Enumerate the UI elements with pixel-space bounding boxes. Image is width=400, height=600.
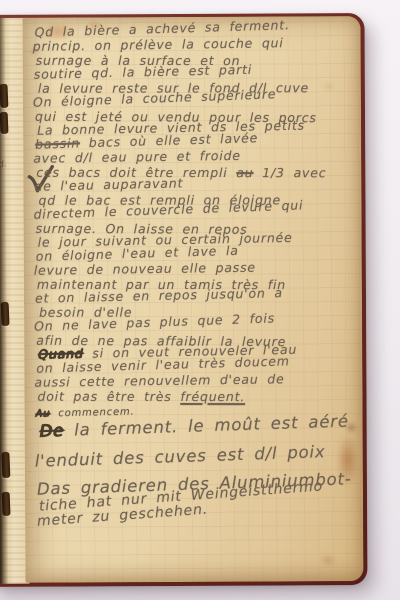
handwriting-line: avec d/l eau pure et froide bbox=[33, 147, 345, 165]
handwriting-scribble: Au bbox=[35, 408, 50, 419]
handwriting-line: aussi cette renouvellem d'eau de bbox=[34, 371, 346, 389]
handwriting-line: levure de nouveau elle passe bbox=[34, 259, 346, 277]
handwritten-text: Qd la bière a achevé sa ferment.princip.… bbox=[33, 24, 348, 529]
handwriting-line: l'enduit des cuves est d/l poix bbox=[34, 440, 347, 471]
handwriting-text: princip. on prélève la couche qui bbox=[33, 35, 284, 54]
notebook-page: Qd la bière a achevé sa ferment.princip.… bbox=[23, 16, 364, 583]
handwriting-text: l'enduit des cuves est d/l poix bbox=[35, 442, 326, 471]
handwriting-line: princip. on prélève la couche qui bbox=[33, 35, 345, 53]
notebook: d. Qd la bière a achevé sa ferment.princ… bbox=[0, 13, 367, 587]
ink-stain bbox=[319, 554, 337, 566]
handwriting-text: doit pas être très bbox=[37, 389, 180, 404]
handwriting-text: de l'eau auparavant bbox=[34, 175, 183, 193]
handwriting-text: levure de nouveau elle passe bbox=[34, 260, 256, 278]
handwriting-text: aussi cette renouvellem d'eau de bbox=[34, 371, 284, 389]
notebook-photo: d. Qd la bière a achevé sa ferment.princ… bbox=[0, 0, 400, 600]
handwriting-text: avec d/l eau pure et froide bbox=[33, 148, 241, 166]
handwriting-underline: fréquent. bbox=[180, 389, 245, 404]
handwriting-scribble: De bbox=[39, 421, 64, 441]
